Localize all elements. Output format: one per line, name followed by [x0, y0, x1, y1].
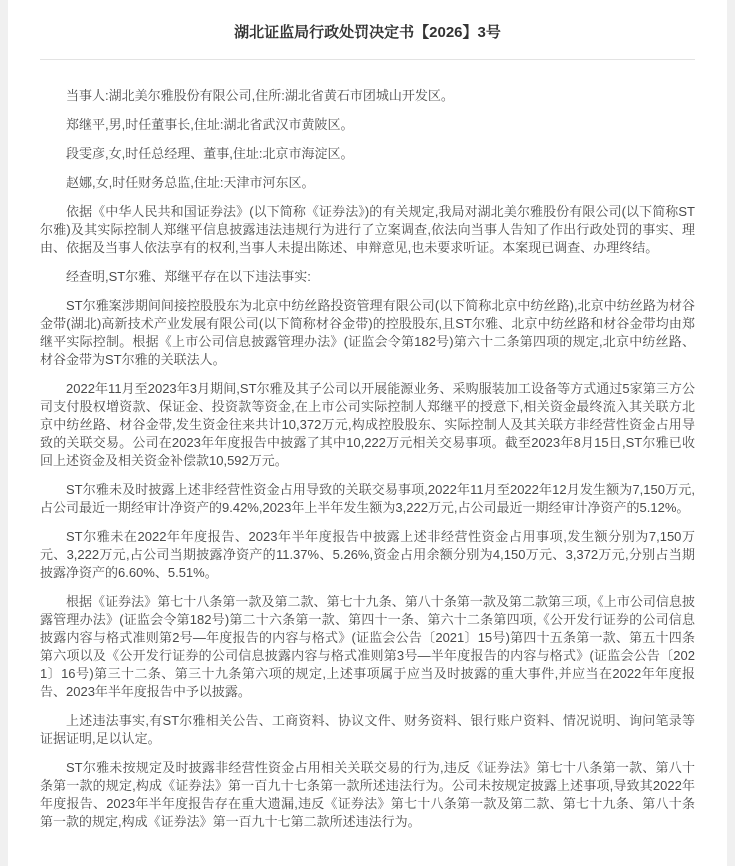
paragraph-fund-occupation: 2022年11月至2023年3月期间,ST尔雅及其子公司以开展能源业务、采购服装…: [40, 380, 695, 470]
paragraph-related-parties: ST尔雅案涉期间间接控股股东为北京中纺丝路投资管理有限公司(以下简称北京中纺丝路…: [40, 297, 695, 369]
paragraph-legal-provisions: 根据《证券法》第七十八条第一款及第二款、第七十九条、第八十条第一款及第二款第三项…: [40, 593, 695, 701]
document-page: 湖北证监局行政处罚决定书【2026】3号 当事人:湖北美尔雅股份有限公司,住所:…: [8, 0, 727, 866]
paragraph-investigation-basis: 依据《中华人民共和国证券法》(以下简称《证券法》)的有关规定,我局对湖北美尔雅股…: [40, 203, 695, 257]
paragraph-report-omissions: ST尔雅未在2022年年度报告、2023年半年度报告中披露上述非经营性资金占用事…: [40, 528, 695, 582]
paragraph-party-zhaona: 赵娜,女,时任财务总监,住址:天津市河东区。: [40, 174, 695, 192]
paragraph-party-duanwenyan: 段雯彦,女,时任总经理、董事,住址:北京市海淀区。: [40, 145, 695, 163]
paragraph-party-company: 当事人:湖北美尔雅股份有限公司,住所:湖北省黄石市团城山开发区。: [40, 87, 695, 105]
paragraph-party-zhengjiping: 郑继平,男,时任董事长,住址:湖北省武汉市黄陂区。: [40, 116, 695, 134]
document-title: 湖北证监局行政处罚决定书【2026】3号: [40, 15, 695, 44]
paragraph-violation-conclusion: ST尔雅未按规定及时披露非经营性资金占用相关关联交易的行为,违反《证券法》第七十…: [40, 759, 695, 831]
paragraph-undisclosed-transactions: ST尔雅未及时披露上述非经营性资金占用导致的关联交易事项,2022年11月至20…: [40, 481, 695, 517]
document-body: 当事人:湖北美尔雅股份有限公司,住所:湖北省黄石市团城山开发区。 郑继平,男,时…: [40, 87, 695, 831]
title-divider: [40, 59, 695, 60]
paragraph-evidence: 上述违法事实,有ST尔雅相关公告、工商资料、协议文件、财务资料、银行账户资料、情…: [40, 712, 695, 748]
paragraph-findings-intro: 经查明,ST尔雅、郑继平存在以下违法事实:: [40, 268, 695, 286]
